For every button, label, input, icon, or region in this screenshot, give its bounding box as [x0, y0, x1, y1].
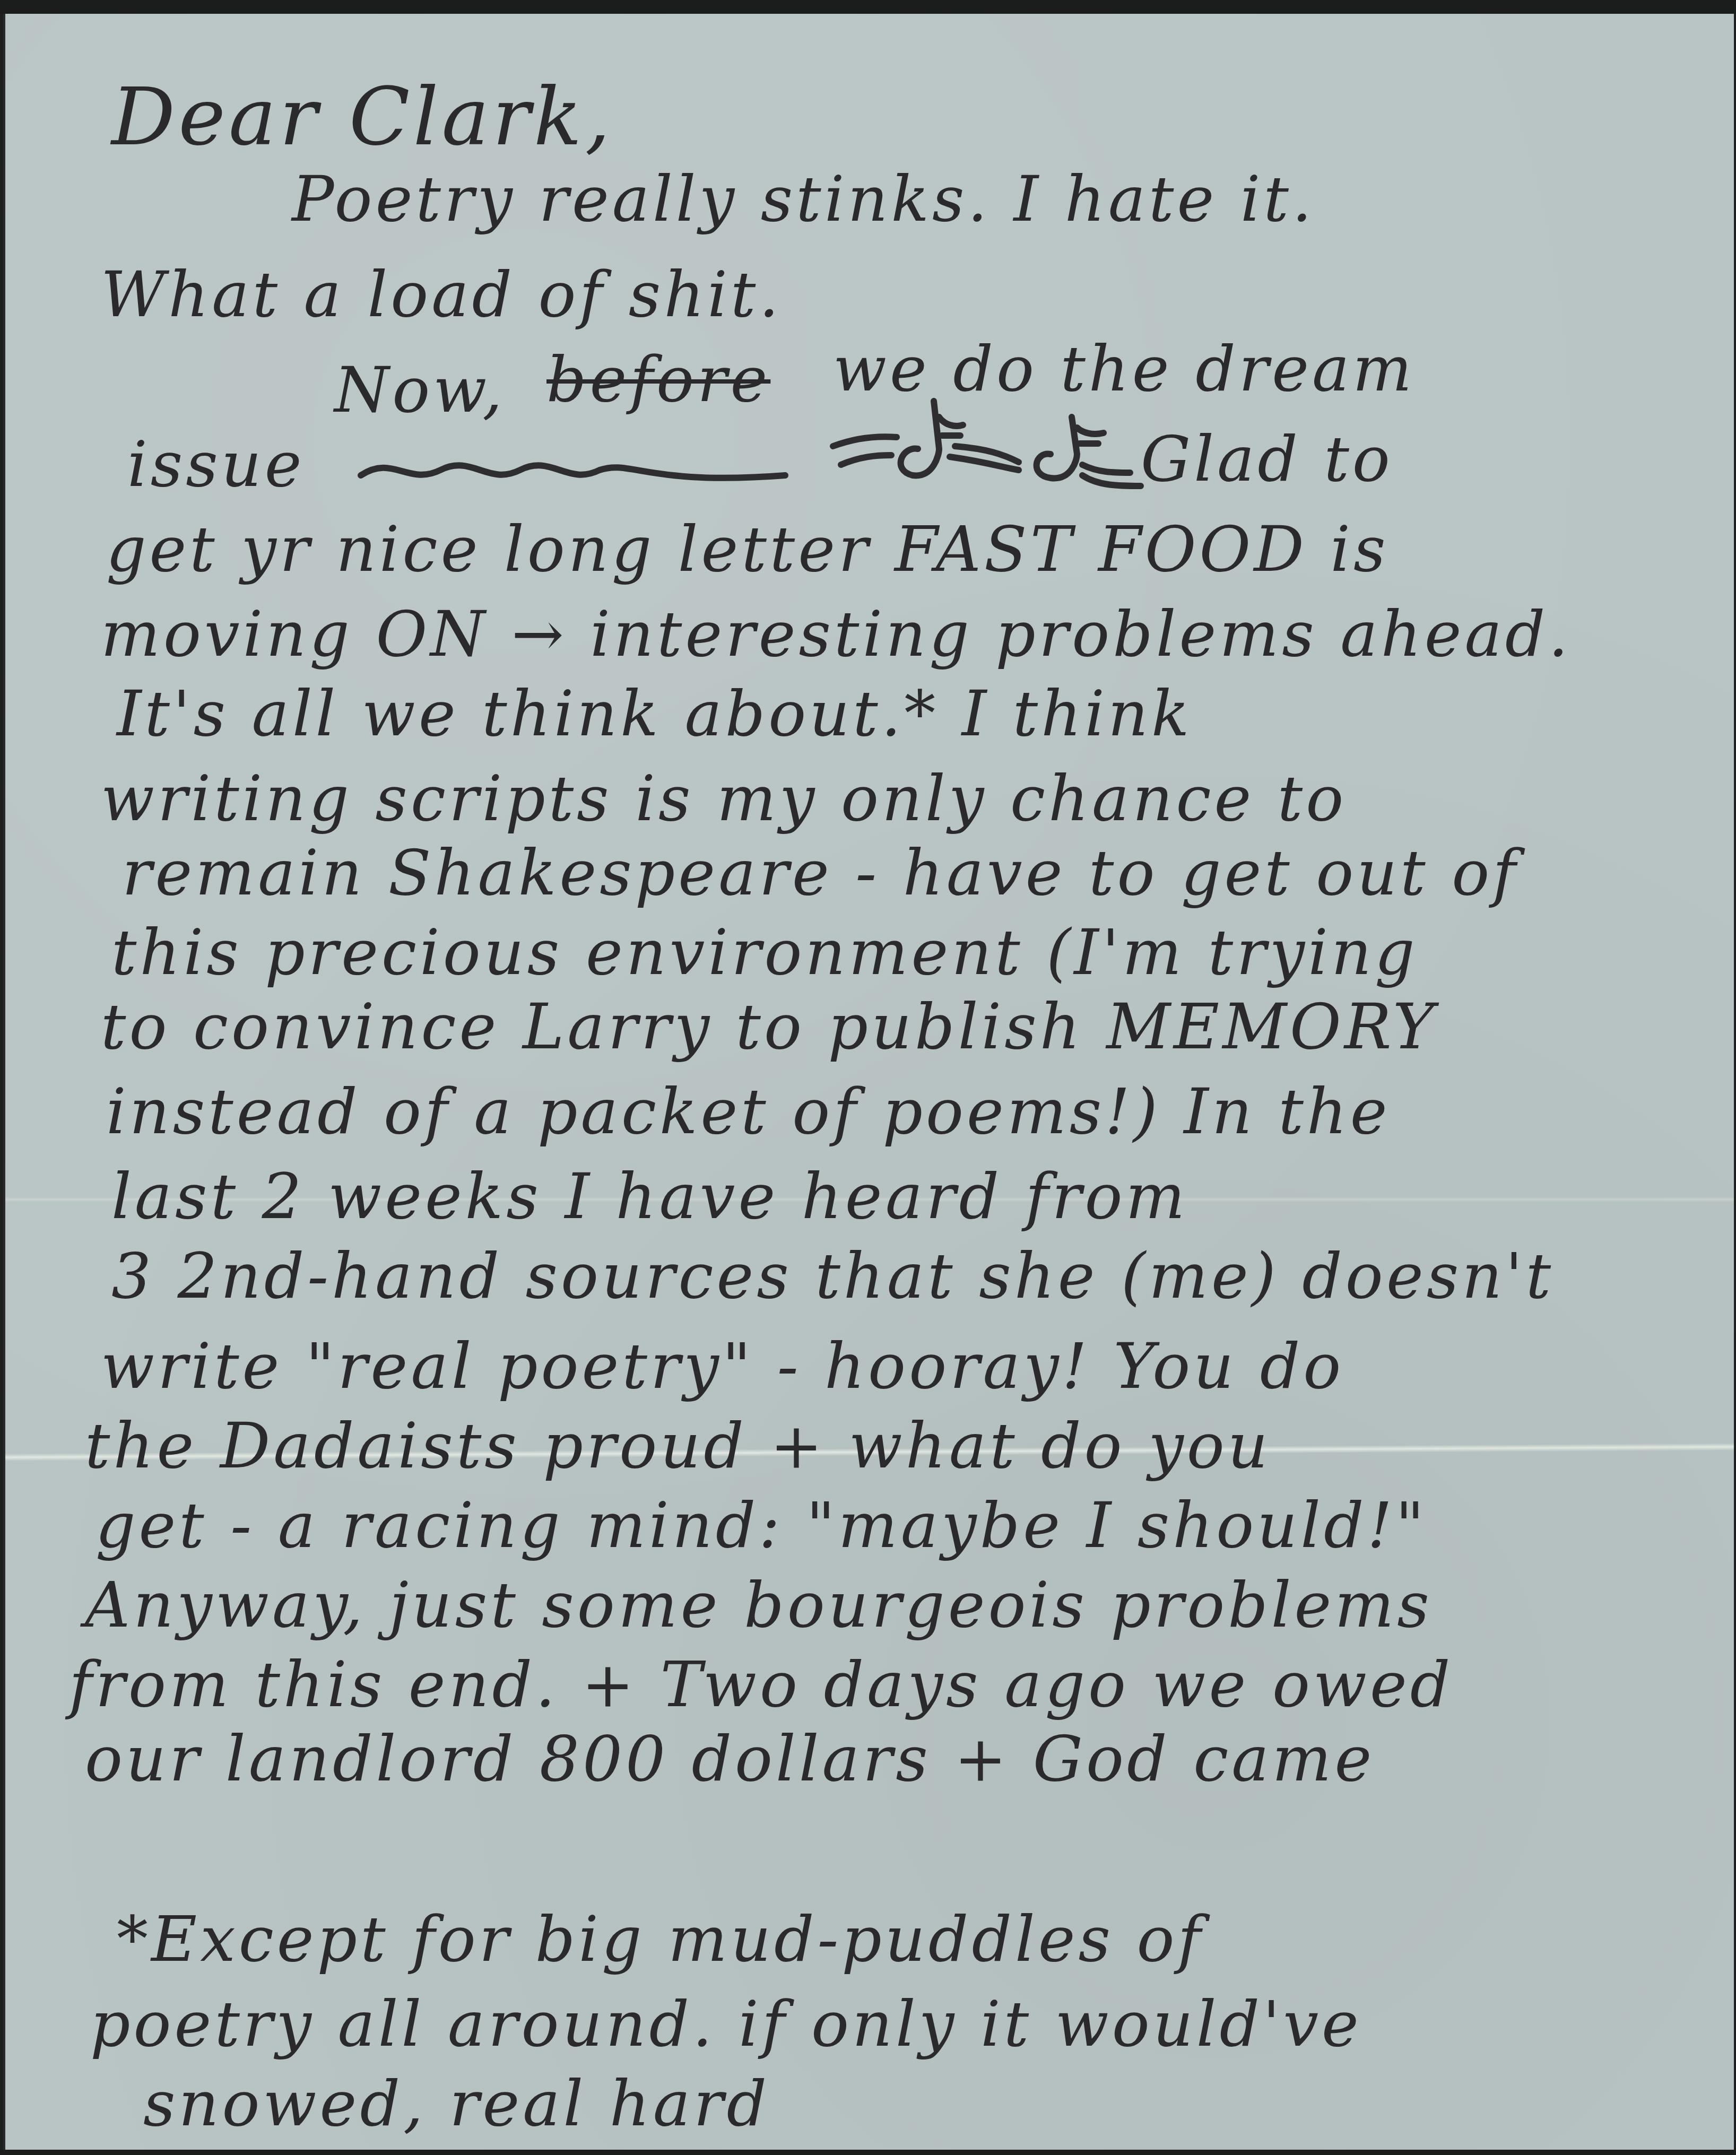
letter-line: last 2 weeks I have heard from	[111, 1165, 1188, 1228]
scan-bottom-border	[0, 2150, 1736, 2155]
letter-line: Glad to	[1141, 428, 1393, 490]
letter-line: get - a racing mind: "maybe I should!"	[96, 1494, 1427, 1557]
letter-line: get yr nice long letter FAST FOOD is	[106, 518, 1389, 580]
letter-salutation: Dear Clark,	[111, 77, 613, 157]
letter-page: Dear Clark, Poetry really stinks. I hate…	[3, 14, 1734, 2150]
letter-line: write "real poetry" - hooray! You do	[101, 1335, 1344, 1397]
letter-line: It's all we think about.* I think	[117, 682, 1193, 745]
music-notes-doodle-icon	[350, 396, 1146, 515]
letter-line: issue	[127, 433, 305, 496]
letter-line: remain Shakespeare - have to get out of	[122, 841, 1519, 904]
letter-line: this precious environment (I'm trying	[111, 921, 1418, 984]
letter-line: Anyway, just some bourgeois problems	[85, 1574, 1433, 1636]
letter-line: 3 2nd-hand sources that she (me) doesn't	[111, 1245, 1554, 1307]
footnote-line: snowed, real hard	[143, 2072, 770, 2135]
letter-line: from this end. + Two days ago we owed	[69, 1653, 1453, 1716]
letter-line: our landlord 800 dollars + God came	[85, 1727, 1375, 1790]
letter-line: to convince Larry to publish MEMORY	[101, 995, 1437, 1058]
scan-top-border	[0, 0, 1736, 14]
letter-line: we do the dream	[833, 337, 1415, 400]
letter-line: instead of a packet of poems!) In the	[106, 1080, 1391, 1143]
letter-line: What a load of shit.	[101, 263, 782, 326]
letter-line: writing scripts is my only chance to	[101, 767, 1347, 830]
letter-line: the Dadaists proud + what do you	[85, 1414, 1271, 1477]
letter-line: moving ON → interesting problems ahead.	[101, 603, 1572, 665]
footnote-line: poetry all around. if only it would've	[90, 1993, 1362, 2055]
footnote-line: *Except for big mud-puddles of	[117, 1908, 1204, 1970]
letter-line: Poetry really stinks. I hate it.	[292, 168, 1315, 230]
